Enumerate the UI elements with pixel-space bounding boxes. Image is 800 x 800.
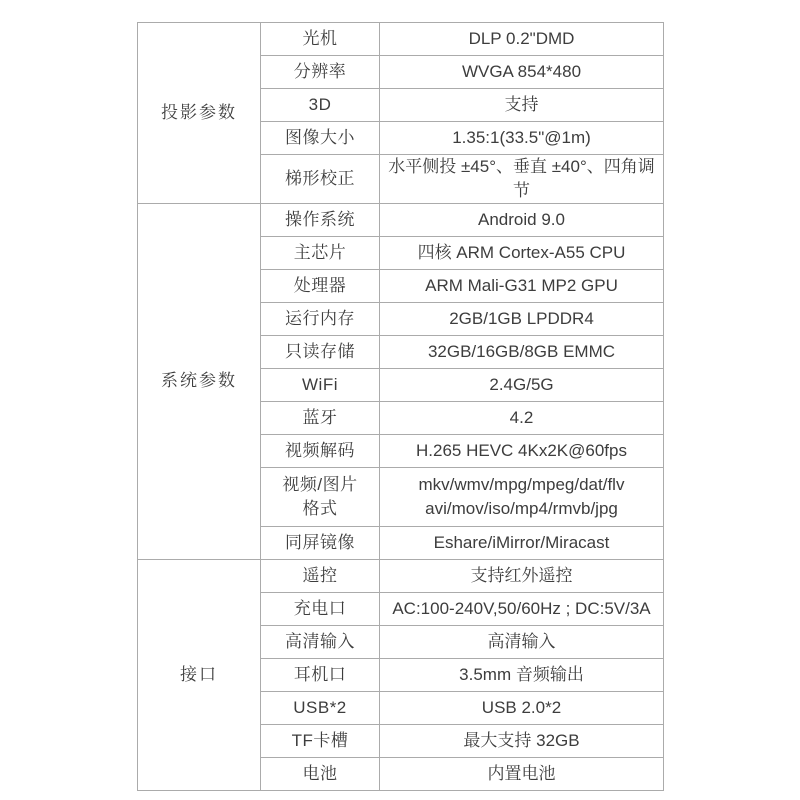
section-title: 系统参数 xyxy=(138,203,261,559)
spec-value: 内置电池 xyxy=(380,757,664,790)
spec-value: 4.2 xyxy=(380,401,664,434)
spec-label: USB*2 xyxy=(261,691,380,724)
spec-row: 接口遥控支持红外遥控 xyxy=(138,559,664,592)
spec-value: USB 2.0*2 xyxy=(380,691,664,724)
spec-value: 2GB/1GB LPDDR4 xyxy=(380,302,664,335)
section-title: 投影参数 xyxy=(138,23,261,204)
spec-value: 3.5mm 音频输出 xyxy=(380,658,664,691)
spec-value: 四核 ARM Cortex-A55 CPU xyxy=(380,236,664,269)
spec-label: 耳机口 xyxy=(261,658,380,691)
spec-value: WVGA 854*480 xyxy=(380,56,664,89)
spec-row: 投影参数光机DLP 0.2"DMD xyxy=(138,23,664,56)
spec-label: WiFi xyxy=(261,368,380,401)
spec-label: 3D xyxy=(261,89,380,122)
section-title: 接口 xyxy=(138,559,261,790)
spec-value: 支持红外遥控 xyxy=(380,559,664,592)
spec-sheet-page: 投影参数光机DLP 0.2"DMD分辨率WVGA 854*4803D支持图像大小… xyxy=(0,0,800,800)
spec-value: 2.4G/5G xyxy=(380,368,664,401)
spec-value: Android 9.0 xyxy=(380,203,664,236)
spec-value: 水平侧投 ±45°、垂直 ±40°、四角调节 xyxy=(380,155,664,204)
spec-label: 主芯片 xyxy=(261,236,380,269)
spec-label: 运行内存 xyxy=(261,302,380,335)
spec-label: 处理器 xyxy=(261,269,380,302)
spec-label: 分辨率 xyxy=(261,56,380,89)
spec-label: 遥控 xyxy=(261,559,380,592)
spec-label: 视频解码 xyxy=(261,434,380,467)
spec-value: 1.35:1(33.5"@1m) xyxy=(380,122,664,155)
spec-table-body: 投影参数光机DLP 0.2"DMD分辨率WVGA 854*4803D支持图像大小… xyxy=(138,23,664,791)
spec-value: 高清输入 xyxy=(380,625,664,658)
spec-value: 支持 xyxy=(380,89,664,122)
spec-label: 同屏镜像 xyxy=(261,526,380,559)
spec-value: H.265 HEVC 4Kx2K@60fps xyxy=(380,434,664,467)
spec-label: 操作系统 xyxy=(261,203,380,236)
spec-label: 高清输入 xyxy=(261,625,380,658)
spec-label: 蓝牙 xyxy=(261,401,380,434)
spec-label: 电池 xyxy=(261,757,380,790)
spec-table: 投影参数光机DLP 0.2"DMD分辨率WVGA 854*4803D支持图像大小… xyxy=(137,22,664,791)
spec-label: 充电口 xyxy=(261,592,380,625)
spec-label: 图像大小 xyxy=(261,122,380,155)
spec-label: 只读存储 xyxy=(261,335,380,368)
spec-value: DLP 0.2"DMD xyxy=(380,23,664,56)
spec-label: 光机 xyxy=(261,23,380,56)
spec-label: TF卡槽 xyxy=(261,724,380,757)
spec-row: 系统参数操作系统Android 9.0 xyxy=(138,203,664,236)
spec-value: 32GB/16GB/8GB EMMC xyxy=(380,335,664,368)
spec-label: 视频/图片 格式 xyxy=(261,467,380,526)
spec-value: 最大支持 32GB xyxy=(380,724,664,757)
spec-value: ARM Mali-G31 MP2 GPU xyxy=(380,269,664,302)
spec-value: mkv/wmv/mpg/mpeg/dat/flv avi/mov/iso/mp4… xyxy=(380,467,664,526)
spec-value: Eshare/iMirror/Miracast xyxy=(380,526,664,559)
spec-label: 梯形校正 xyxy=(261,155,380,204)
spec-value: AC:100-240V,50/60Hz ; DC:5V/3A xyxy=(380,592,664,625)
